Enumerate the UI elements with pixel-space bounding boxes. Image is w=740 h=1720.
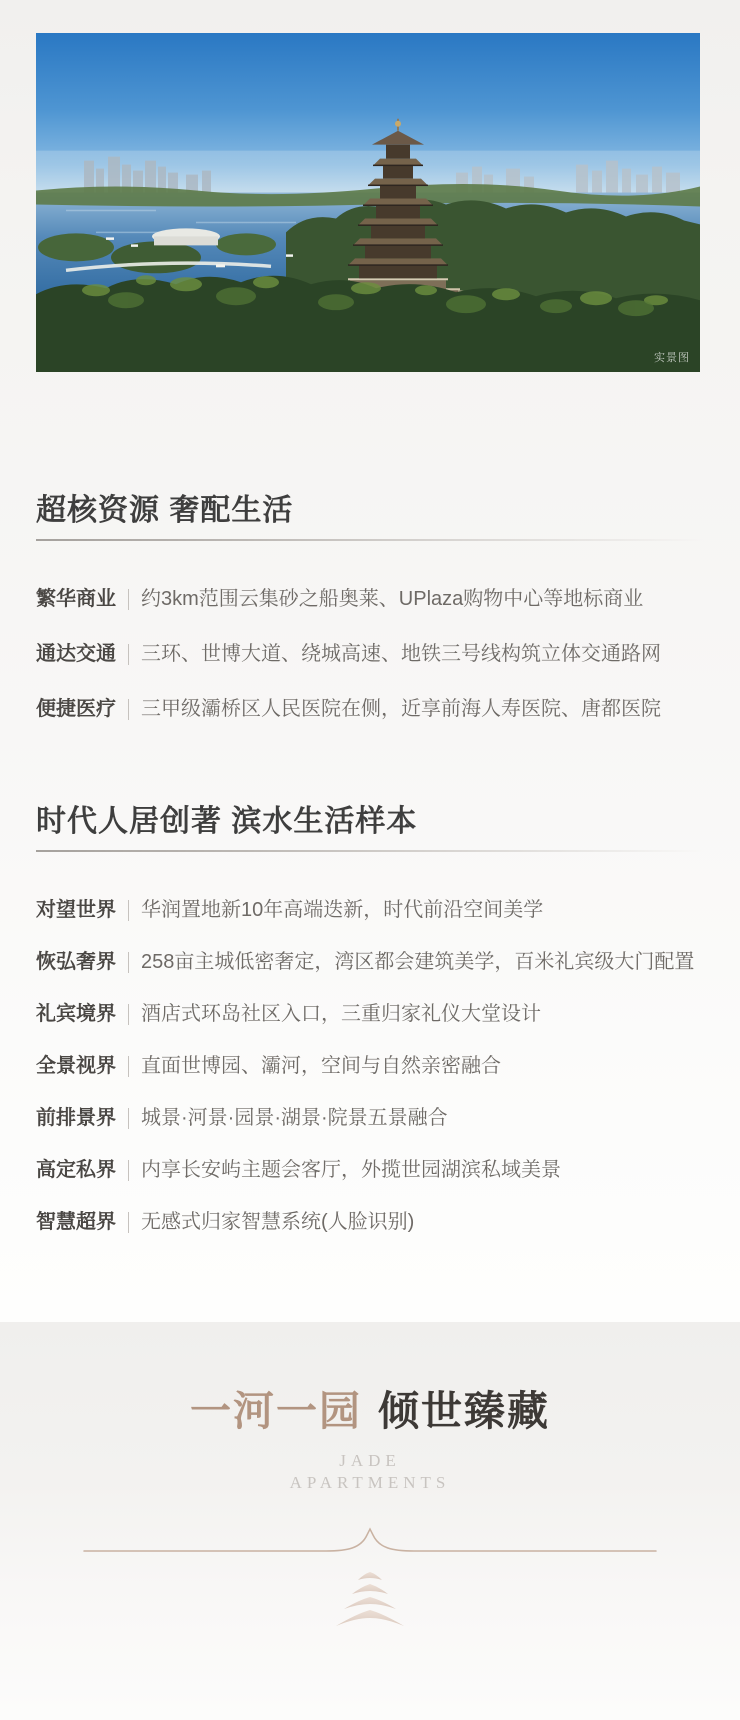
feature-rows: 繁华商业 约3km范围云集砂之船奥莱、UPlaza购物中心等地标商业 通达交通 … (36, 586, 704, 722)
feature-desc: 258亩主城低密奢定，湾区都会建筑美学，百米礼宾级大门配置 (141, 949, 694, 975)
feature-label: 繁华商业 (36, 586, 116, 612)
feature-label: 对望世界 (36, 897, 116, 923)
feature-row-transport: 通达交通 三环、世博大道、绕城高速、地铁三号线构筑立体交通路网 (36, 641, 704, 667)
photo-watermark-label: 实景图 (654, 349, 690, 365)
section-living: 时代人居创著 滨水生活样本 对望世界 华润置地新10年高端迭新，时代前沿空间美学… (36, 806, 704, 1261)
feature-desc: 三甲级灞桥区人民医院在侧，近享前海人寿医院、唐都医院 (141, 696, 661, 722)
feature-row-panorama: 全景视界 直面世博园、灞河，空间与自然亲密融合 (36, 1053, 704, 1079)
brand-line-jade: JADE (0, 1450, 740, 1472)
feature-label: 通达交通 (36, 641, 116, 667)
slogan: 一河一园倾世臻藏 (0, 1322, 740, 1437)
label-separator (128, 644, 129, 665)
label-separator (128, 1212, 129, 1233)
feature-label: 便捷医疗 (36, 696, 116, 722)
feature-row-smart: 智慧超界 无感式归家智慧系统(人脸识别) (36, 1209, 704, 1235)
feature-label: 高定私界 (36, 1157, 116, 1183)
label-separator (128, 589, 129, 610)
ornamental-divider-line (80, 1524, 660, 1560)
slogan-accent: 一河一园 (190, 1388, 362, 1434)
feature-desc: 城景·河景·园景·湖景·院景五景融合 (141, 1105, 448, 1131)
feature-label: 前排景界 (36, 1105, 116, 1131)
title-divider (36, 539, 704, 541)
footer-brand-area: 一河一园倾世臻藏 JADE APARTMENTS (0, 1322, 740, 1720)
feature-desc: 无感式归家智慧系统(人脸识别) (141, 1209, 414, 1235)
feature-row-world: 对望世界 华润置地新10年高端迭新，时代前沿空间美学 (36, 897, 704, 923)
pagoda-lake-scene-illustration (36, 33, 700, 372)
label-separator (128, 900, 129, 921)
label-separator (128, 1056, 129, 1077)
content-card: 实景图 超核资源 奢配生活 繁华商业 约3km范围云集砂之船奥莱、UPlaza购… (0, 0, 740, 1322)
label-separator (128, 1160, 129, 1181)
feature-row-grand: 恢弘奢界 258亩主城低密奢定，湾区都会建筑美学，百米礼宾级大门配置 (36, 949, 704, 975)
feature-label: 恢弘奢界 (36, 949, 116, 975)
roof-chevron-emblem-icon (332, 1570, 408, 1628)
section-title: 超核资源 奢配生活 (36, 495, 704, 527)
feature-row-commerce: 繁华商业 约3km范围云集砂之船奥莱、UPlaza购物中心等地标商业 (36, 586, 704, 612)
feature-row-medical: 便捷医疗 三甲级灞桥区人民医院在侧，近享前海人寿医院、唐都医院 (36, 696, 704, 722)
brand-wordmark: JADE APARTMENTS (0, 1450, 740, 1494)
brand-line-apartments: APARTMENTS (0, 1472, 740, 1494)
feature-desc: 三环、世博大道、绕城高速、地铁三号线构筑立体交通路网 (141, 641, 661, 667)
feature-row-concierge: 礼宾境界 酒店式环岛社区入口，三重归家礼仪大堂设计 (36, 1001, 704, 1027)
feature-desc: 内享长安屿主题会客厅，外揽世园湖滨私域美景 (141, 1157, 561, 1183)
slogan-rest: 倾世臻藏 (378, 1388, 550, 1434)
section-resources: 超核资源 奢配生活 繁华商业 约3km范围云集砂之船奥莱、UPlaza购物中心等… (36, 495, 704, 751)
label-separator (128, 1004, 129, 1025)
label-separator (128, 699, 129, 720)
hero-photo[interactable]: 实景图 (36, 33, 700, 372)
feature-label: 礼宾境界 (36, 1001, 116, 1027)
feature-row-private: 高定私界 内享长安屿主题会客厅，外揽世园湖滨私域美景 (36, 1157, 704, 1183)
feature-desc: 酒店式环岛社区入口，三重归家礼仪大堂设计 (141, 1001, 541, 1027)
title-divider (36, 850, 704, 852)
section-title: 时代人居创著 滨水生活样本 (36, 806, 704, 838)
feature-desc: 华润置地新10年高端迭新，时代前沿空间美学 (141, 897, 543, 923)
feature-label: 全景视界 (36, 1053, 116, 1079)
feature-row-frontview: 前排景界 城景·河景·园景·湖景·院景五景融合 (36, 1105, 704, 1131)
feature-rows: 对望世界 华润置地新10年高端迭新，时代前沿空间美学 恢弘奢界 258亩主城低密… (36, 897, 704, 1235)
feature-label: 智慧超界 (36, 1209, 116, 1235)
feature-desc: 直面世博园、灞河，空间与自然亲密融合 (141, 1053, 501, 1079)
feature-desc: 约3km范围云集砂之船奥莱、UPlaza购物中心等地标商业 (141, 586, 643, 612)
label-separator (128, 952, 129, 973)
label-separator (128, 1108, 129, 1129)
